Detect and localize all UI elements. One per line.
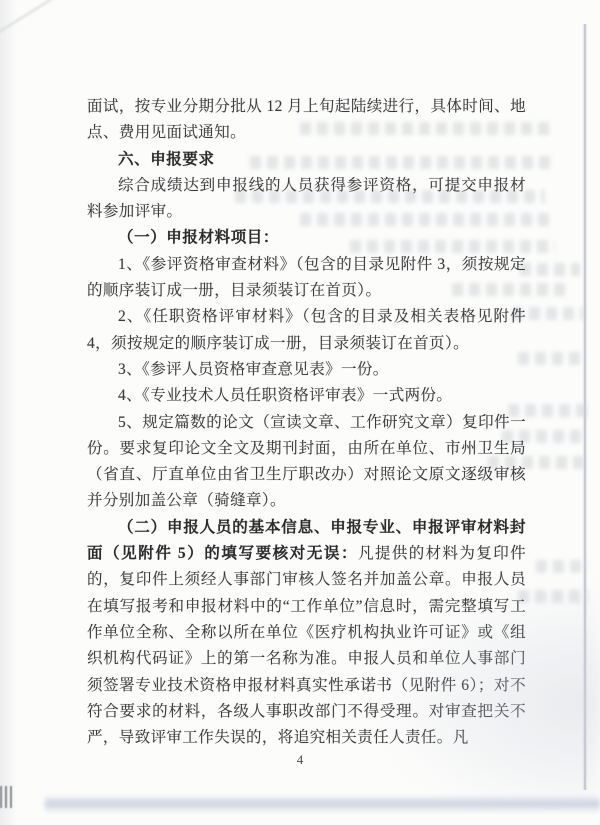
paragraph: （二）申报人员的基本信息、申报专业、申报评审材料封面（见附件 5）的填写要核对无… <box>87 515 526 752</box>
text-segment: 1、《参评资格审查材料》（包含的目录见附件 3，须按规定的顺序装订成一册，目录须… <box>87 256 526 299</box>
text-segment: 面试，按专业分期分批从 12 月上旬起陆续进行，具体时间、地点、费用见面试通知。 <box>87 98 526 141</box>
scan-corner-fold-line <box>0 0 62 35</box>
paragraph: 六、申报要求 <box>87 147 526 173</box>
paragraph: 3、《参评人员资格审查意见表》一份。 <box>87 357 526 383</box>
heading-text-segment: 六、申报要求 <box>118 151 215 168</box>
paragraph: 1、《参评资格审查材料》（包含的目录见附件 3，须按规定的顺序装订成一册，目录须… <box>87 252 526 305</box>
scanned-document-page: 面试，按专业分期分批从 12 月上旬起陆续进行，具体时间、地点、费用见面试通知。… <box>0 0 600 825</box>
scan-marks-bottom-left <box>0 786 12 808</box>
paragraph: （一）申报材料项目： <box>87 225 526 251</box>
document-text-block: 面试，按专业分期分批从 12 月上旬起陆续进行，具体时间、地点、费用见面试通知。… <box>87 94 526 751</box>
bleed-through-line <box>520 263 580 276</box>
page-number: 4 <box>0 752 600 768</box>
paragraph: 5、规定篇数的论文（宣读文章、工作研究文章）复印件一份。要求复印论文全文及期刊封… <box>87 410 526 515</box>
paragraph: 4、《专业技术人员任职资格评审表》一式两份。 <box>87 383 526 409</box>
text-segment: 2、《任职资格评审材料》（包含的目录及相关表格见附件 4，须按规定的顺序装订成一… <box>87 308 526 351</box>
bleed-through-line <box>536 560 588 573</box>
text-segment: 3、《参评人员资格审查意见表》一份。 <box>118 361 389 378</box>
paragraph: 面试，按专业分期分批从 12 月上旬起陆续进行，具体时间、地点、费用见面试通知。 <box>87 94 526 147</box>
text-segment: 凡提供的材料为复印件的，复印件上须经人事部门审核人签名并加盖公章。申报人员在填写… <box>87 545 526 746</box>
bleed-through-line <box>518 590 588 603</box>
scan-paper-edge-right <box>584 24 586 790</box>
text-segment: 综合成绩达到申报线的人员获得参评资格，可提交申报材料参加评审。 <box>87 177 526 220</box>
paragraph: 2、《任职资格评审材料》（包含的目录及相关表格见附件 4，须按规定的顺序装订成一… <box>87 304 526 357</box>
text-segment: 5、规定篇数的论文（宣读文章、工作研究文章）复印件一份。要求复印论文全文及期刊封… <box>87 414 526 510</box>
paragraph: 综合成绩达到申报线的人员获得参评资格，可提交申报材料参加评审。 <box>87 173 526 226</box>
scan-shadow-band-bottom <box>45 795 600 812</box>
heading-text-segment: （一）申报材料项目： <box>118 229 279 246</box>
bleed-through-line <box>518 352 584 365</box>
text-segment: 4、《专业技术人员任职资格评审表》一式两份。 <box>118 387 452 404</box>
